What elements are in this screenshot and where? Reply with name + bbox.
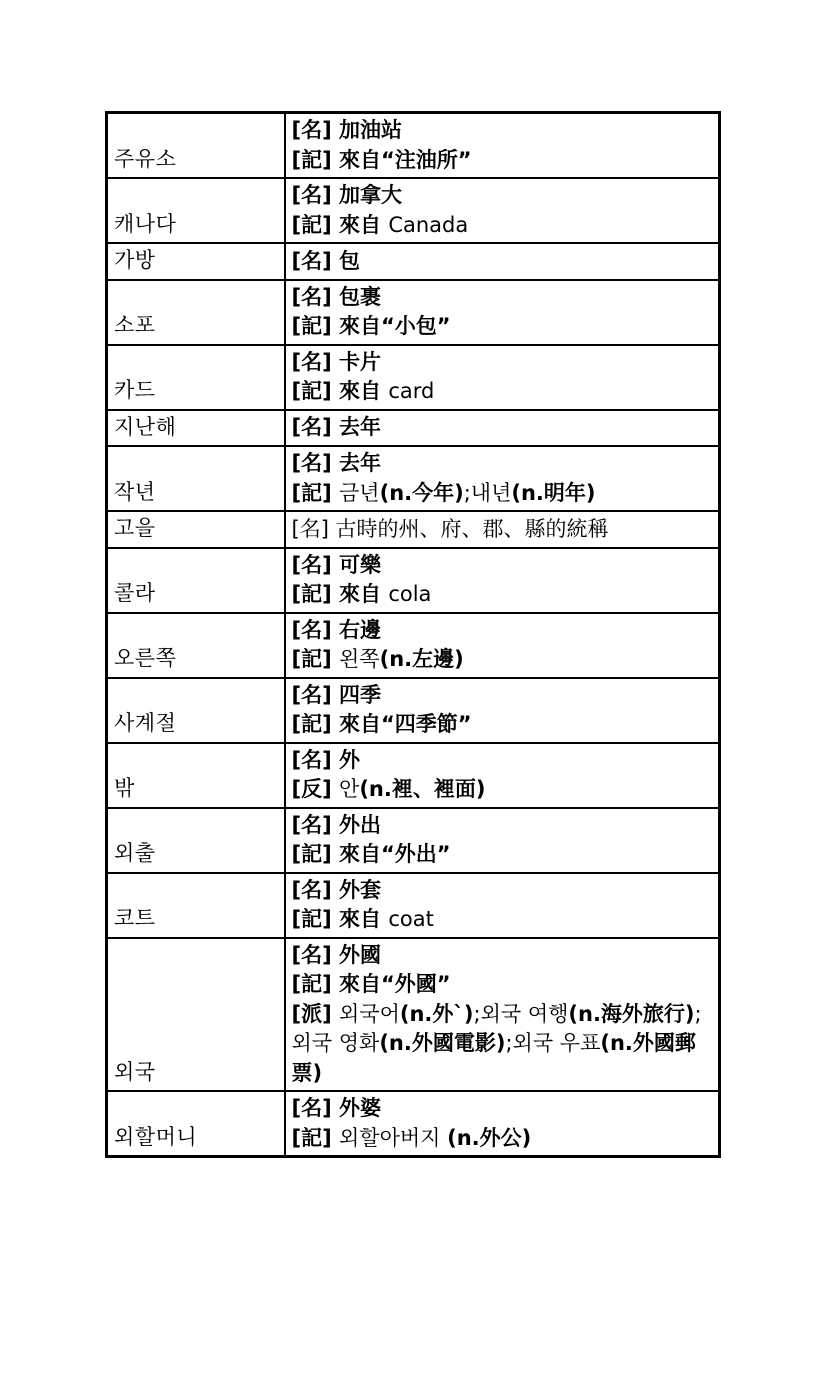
definition-line: [派] 외국어(n.外`);외국 여행(n.海外旅行); 외국 영화(n.外國電…	[292, 1000, 715, 1089]
def-segment: [名] 包裹	[292, 285, 382, 309]
definition-line: [名] 外國	[292, 941, 715, 971]
definition-cell: [名] 外婆[記] 외할아버지 (n.外公)	[285, 1091, 720, 1157]
def-segment: ;	[474, 1002, 481, 1026]
korean-word-cell: 외할머니	[107, 1091, 285, 1157]
table-row: 캐나다[名] 加拿大[記] 來自 Canada	[107, 178, 720, 243]
definition-line: [名] 外套	[292, 876, 715, 906]
def-segment: ;	[695, 1002, 702, 1026]
definition-line: [名] 右邊	[292, 616, 715, 646]
korean-word-cell: 외국	[107, 938, 285, 1092]
definition-line: [記] 來自 coat	[292, 905, 715, 935]
korean-word-cell: 콜라	[107, 548, 285, 613]
definition-line: [名] 卡片	[292, 348, 715, 378]
definition-line: [名] 可樂	[292, 551, 715, 581]
def-segment: [名] 外國	[292, 943, 382, 967]
definition-line: [記] 금년(n.今年);내년(n.明年)	[292, 479, 715, 509]
korean-word-cell: 외출	[107, 808, 285, 873]
definition-cell: [名] 右邊[記] 왼쪽(n.左邊)	[285, 613, 720, 678]
def-segment: (n.海外旅行)	[568, 1002, 694, 1026]
def-segment: ;	[505, 1031, 512, 1055]
def-segment: [名] 古時的州、府、郡、縣的統稱	[292, 517, 609, 541]
def-segment: [派]	[292, 1002, 340, 1026]
definition-cell: [名] 可樂[記] 來自 cola	[285, 548, 720, 613]
def-segment: 외국 우표	[513, 1031, 601, 1055]
table-row: 외할머니[名] 外婆[記] 외할아버지 (n.外公)	[107, 1091, 720, 1157]
definition-line: [名] 加拿大	[292, 181, 715, 211]
definition-cell: [名] 外出[記] 來自“外出”	[285, 808, 720, 873]
table-row: 주유소[名] 加油站[記] 來自“注油所”	[107, 113, 720, 179]
definition-line: [記] 來自“外出”	[292, 840, 715, 870]
definition-cell: [名] 古時的州、府、郡、縣的統稱	[285, 511, 720, 548]
def-segment: [名] 包	[292, 249, 361, 273]
table-row: 밖[名] 外[反] 안(n.裡、裡面)	[107, 743, 720, 808]
def-segment: [名] 四季	[292, 683, 382, 707]
table-row: 사계절[名] 四季[記] 來自“四季節”	[107, 678, 720, 743]
def-segment: [名] 右邊	[292, 618, 382, 642]
definition-line: [名] 外婆	[292, 1094, 715, 1124]
definition-line: [名] 加油站	[292, 116, 715, 146]
table-row: 오른쪽[名] 右邊[記] 왼쪽(n.左邊)	[107, 613, 720, 678]
definition-cell: [名] 卡片[記] 來自 card	[285, 345, 720, 410]
def-segment: [名] 外出	[292, 813, 382, 837]
def-segment: 외할아버지	[339, 1126, 447, 1150]
def-segment: 내년	[471, 481, 512, 505]
definition-line: [名] 去年	[292, 413, 715, 443]
definition-cell: [名] 加拿大[記] 來自 Canada	[285, 178, 720, 243]
definition-line: [名] 包裹	[292, 283, 715, 313]
def-segment: ;	[464, 481, 471, 505]
definition-line: [名] 外	[292, 746, 715, 776]
korean-word-cell: 오른쪽	[107, 613, 285, 678]
table-row: 지난해[名] 去年	[107, 410, 720, 447]
korean-word-cell: 소포	[107, 280, 285, 345]
def-segment: [名] 外套	[292, 878, 382, 902]
vocab-table: 주유소[名] 加油站[記] 來自“注油所”캐나다[名] 加拿大[記] 來自 Ca…	[105, 111, 721, 1158]
def-segment: 외국어	[339, 1002, 400, 1026]
definition-cell: [名] 四季[記] 來自“四季節”	[285, 678, 720, 743]
korean-word-cell: 작년	[107, 446, 285, 511]
def-segment: [名] 外	[292, 748, 361, 772]
def-segment: [名] 加油站	[292, 118, 403, 142]
def-segment: Canada	[388, 213, 468, 237]
def-segment: [記] 來自“注油所”	[292, 148, 472, 172]
def-segment: [名] 卡片	[292, 350, 382, 374]
def-segment: (n.外`)	[400, 1002, 474, 1026]
def-segment: card	[388, 379, 434, 403]
def-segment: (n.左邊)	[380, 647, 464, 671]
table-row: 가방[名] 包	[107, 243, 720, 280]
def-segment: [記] 來自“四季節”	[292, 712, 472, 736]
def-segment: [記]	[292, 647, 340, 671]
definition-line: [名] 去年	[292, 449, 715, 479]
def-segment: (n.今年)	[380, 481, 464, 505]
def-segment: coat	[388, 907, 434, 931]
definition-line: [名] 四季	[292, 681, 715, 711]
table-row: 고을[名] 古時的州、府、郡、縣的統稱	[107, 511, 720, 548]
definition-line: [記] 來自 Canada	[292, 211, 715, 241]
def-segment: [名] 加拿大	[292, 183, 403, 207]
def-segment: [名] 外婆	[292, 1096, 382, 1120]
def-segment: 외국 영화	[292, 1031, 380, 1055]
table-row: 작년[名] 去年[記] 금년(n.今年);내년(n.明年)	[107, 446, 720, 511]
def-segment: (n.裡、裡面)	[359, 777, 485, 801]
def-segment: 안	[339, 777, 359, 801]
def-segment: (n.外公)	[447, 1126, 531, 1150]
def-segment: [記]	[292, 1126, 340, 1150]
def-segment: cola	[388, 582, 431, 606]
table-row: 콜라[名] 可樂[記] 來自 cola	[107, 548, 720, 613]
definition-cell: [名] 包裹[記] 來自“小包”	[285, 280, 720, 345]
def-segment: [反]	[292, 777, 340, 801]
korean-word-cell: 캐나다	[107, 178, 285, 243]
def-segment: [記] 來自	[292, 213, 389, 237]
definition-line: [名] 古時的州、府、郡、縣的統稱	[292, 515, 715, 545]
definition-line: [記] 來自“小包”	[292, 312, 715, 342]
korean-word-cell: 카드	[107, 345, 285, 410]
definition-line: [名] 外出	[292, 811, 715, 841]
def-segment: [記] 來自“外國”	[292, 972, 451, 996]
table-row: 소포[名] 包裹[記] 來自“小包”	[107, 280, 720, 345]
def-segment: [名] 去年	[292, 451, 382, 475]
korean-word-cell: 사계절	[107, 678, 285, 743]
vocab-table-body: 주유소[名] 加油站[記] 來自“注油所”캐나다[名] 加拿大[記] 來自 Ca…	[107, 113, 720, 1157]
def-segment: 외국 여행	[481, 1002, 569, 1026]
korean-word-cell: 고을	[107, 511, 285, 548]
def-segment: (n.明年)	[511, 481, 595, 505]
korean-word-cell: 밖	[107, 743, 285, 808]
definition-line: [記] 來自 cola	[292, 580, 715, 610]
definition-line: [記] 來自“四季節”	[292, 710, 715, 740]
korean-word-cell: 주유소	[107, 113, 285, 179]
definition-cell: [名] 外套[記] 來自 coat	[285, 873, 720, 938]
definition-cell: [名] 去年	[285, 410, 720, 447]
definition-line: [記] 來自 card	[292, 377, 715, 407]
def-segment: [記]	[292, 481, 340, 505]
def-segment: [名] 去年	[292, 415, 382, 439]
table-row: 코트[名] 外套[記] 來自 coat	[107, 873, 720, 938]
definition-line: [反] 안(n.裡、裡面)	[292, 775, 715, 805]
definition-cell: [名] 去年[記] 금년(n.今年);내년(n.明年)	[285, 446, 720, 511]
def-segment: [記] 來自	[292, 907, 389, 931]
korean-word-cell: 코트	[107, 873, 285, 938]
def-segment: 왼쪽	[339, 647, 380, 671]
definition-cell: [名] 包	[285, 243, 720, 280]
korean-word-cell: 가방	[107, 243, 285, 280]
definition-cell: [名] 外國[記] 來自“外國”[派] 외국어(n.外`);외국 여행(n.海外…	[285, 938, 720, 1092]
table-row: 카드[名] 卡片[記] 來自 card	[107, 345, 720, 410]
definition-cell: [名] 加油站[記] 來自“注油所”	[285, 113, 720, 179]
definition-line: [記] 외할아버지 (n.外公)	[292, 1124, 715, 1154]
definition-line: [名] 包	[292, 247, 715, 277]
table-row: 외국[名] 外國[記] 來自“外國”[派] 외국어(n.外`);외국 여행(n.…	[107, 938, 720, 1092]
definition-line: [記] 來自“外國”	[292, 970, 715, 1000]
def-segment: [名] 可樂	[292, 553, 382, 577]
korean-word-cell: 지난해	[107, 410, 285, 447]
def-segment: [記] 來自	[292, 379, 389, 403]
def-segment: [記] 來自“外出”	[292, 842, 451, 866]
def-segment: [記] 來自“小包”	[292, 314, 451, 338]
def-segment: 금년	[339, 481, 380, 505]
definition-line: [記] 來自“注油所”	[292, 146, 715, 176]
definition-line: [記] 왼쪽(n.左邊)	[292, 645, 715, 675]
table-row: 외출[名] 外出[記] 來自“外出”	[107, 808, 720, 873]
def-segment: [記] 來自	[292, 582, 389, 606]
definition-cell: [名] 外[反] 안(n.裡、裡面)	[285, 743, 720, 808]
def-segment: (n.外國電影)	[379, 1031, 505, 1055]
